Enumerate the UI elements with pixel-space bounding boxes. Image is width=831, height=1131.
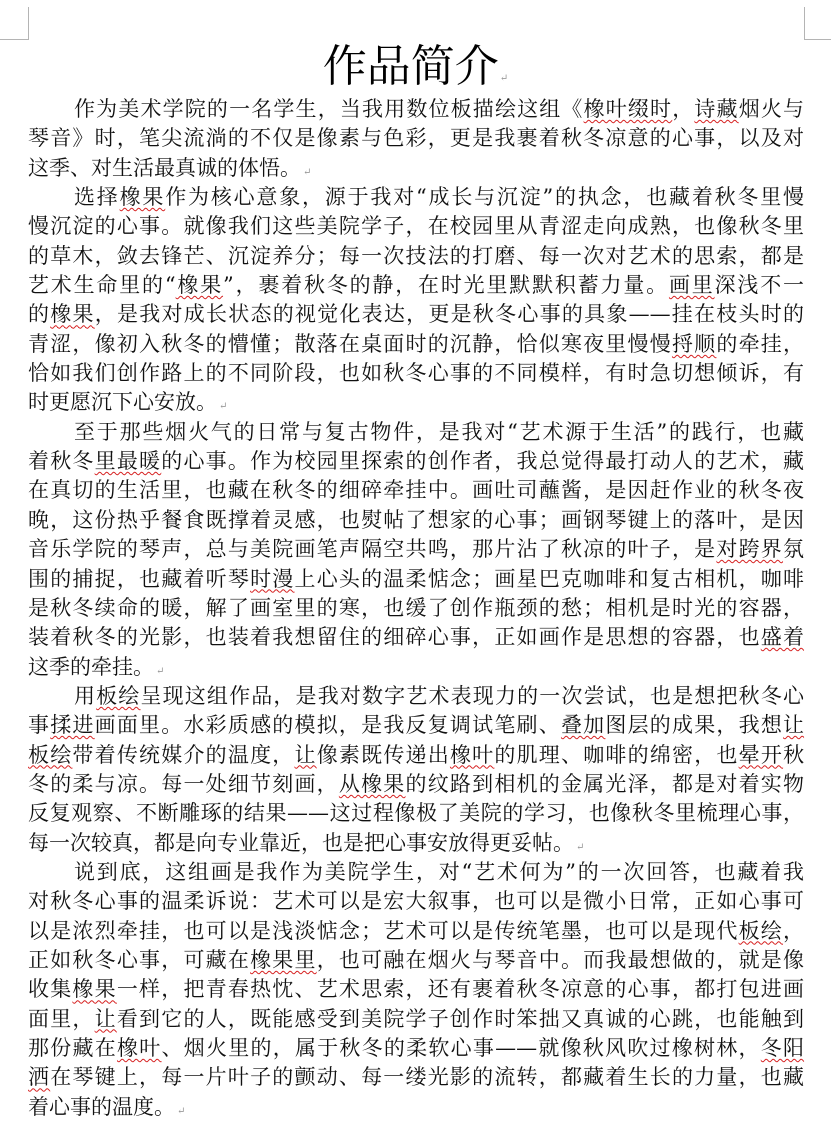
text-line: 慢沉淀的心事。就像我们这些美院学子，在校园里从青涩走向成熟，也像秋冬里: [28, 212, 804, 241]
text-line: 音乐学院的琴声，总与美院画笔声隔空共鸣，那片沾了秋凉的叶子，是对跨界氛: [28, 535, 804, 564]
text-line: 艺术生命里的“橡果”，裹着秋冬的静，在时光里默默积蓄力量。画里深浅不一: [28, 271, 804, 300]
spelling-flag[interactable]: 板绘: [739, 919, 783, 943]
line-text: 着秋冬里最暖的心事。作为校园里探索的创作者，我总觉得最打动人的艺术，藏: [28, 449, 804, 473]
spelling-flag[interactable]: 板绘: [96, 684, 140, 708]
line-text: 这季、对生活最真诚的体悟。: [28, 156, 301, 180]
line-text: 每一次较真，都是向专业靠近，也是把心事安放得更妥帖。: [28, 831, 574, 855]
text-line: 围的捕捉，也藏着听琴时漫上心头的温柔惦念；画星巴克咖啡和复古相机，咖啡: [28, 565, 804, 594]
line-text: 面里，让看到它的人，既能感受到美院学子创作时笨拙又真诚的心跳，也能触到: [28, 1007, 804, 1031]
text-line: 作为美术学院的一名学生，当我用数位板描绘这组《橡叶缀时，诗藏烟火与: [28, 95, 804, 124]
text-line: 对秋冬心事的温柔诉说：艺术可以是宏大叙事，也可以是微小日常，正如心事可: [28, 887, 804, 916]
paragraph[interactable]: 说到底，这组画是我作为美院学生，对“艺术何为”的一次回答，也藏着我对秋冬心事的温…: [28, 858, 804, 1122]
text-line: 用板绘呈现这组作品，是我对数字艺术表现力的一次尝试，也是想把秋冬心: [28, 682, 804, 711]
spelling-flag[interactable]: 画里: [669, 273, 715, 297]
text-line: 事揉进画面里。水彩质感的模拟，是我反复调试笔刷、叠加图层的成果，我想让: [28, 711, 804, 740]
text-line: 是秋冬续命的暖，解了画室里的寒，也缓了创作瓶颈的愁；相机是时光的容器，: [28, 594, 804, 623]
spelling-flag[interactable]: 橡果: [176, 273, 223, 297]
line-text: 至于那些烟火气的日常与复古物件，是我对“艺术源于生活”的践行，也藏: [74, 420, 804, 444]
spelling-flag[interactable]: 叠加: [561, 713, 605, 737]
line-text: 着心事的温度。: [28, 1095, 175, 1119]
text-line: 正如秋冬心事，可藏在橡果里，也可融在烟火与琴音中。而我最想做的，就是像: [28, 946, 804, 975]
paragraph-mark-icon: ↵: [156, 666, 164, 677]
spelling-flag[interactable]: 橡叶: [117, 1036, 162, 1060]
document-title[interactable]: 作品简介↵: [0, 38, 831, 96]
text-line: 洒在琴键上，每一片叶子的颤动、每一缕光影的流转，都藏着生长的力量，也藏: [28, 1063, 804, 1092]
spelling-flag[interactable]: 冬阳: [761, 1036, 804, 1060]
line-text: 艺术生命里的“橡果”，裹着秋冬的静，在时光里默默积蓄力量。画里深浅不一: [28, 273, 804, 297]
text-line: 琴音》时，笔尖流淌的不仅是像素与色彩，更是我裹着秋冬凉意的心事，以及对: [28, 124, 804, 153]
text-line: 的橡果，是我对成长状态的视觉化表达，更是秋冬心事的具象——挂在枝头时的: [28, 300, 804, 329]
text-line: 冬的柔与凉。每一处细节刻画，从橡果的纹路到相机的金属光泽，都是对着实物: [28, 770, 804, 799]
line-text: 板绘带着传统媒介的温度，让像素既传递出橡叶的肌理、咖啡的绵密，也晕开秋: [28, 743, 804, 767]
spelling-flag[interactable]: 盛着: [761, 625, 804, 649]
paragraph[interactable]: 用板绘呈现这组作品，是我对数字艺术表现力的一次尝试，也是想把秋冬心事揉进画面里。…: [28, 682, 804, 858]
text-line: 说到底，这组画是我作为美院学生，对“艺术何为”的一次回答，也藏着我: [28, 858, 804, 887]
text-line: 至于那些烟火气的日常与复古物件，是我对“艺术源于生活”的践行，也藏: [28, 418, 804, 447]
spelling-flag[interactable]: 橡果: [72, 977, 116, 1001]
text-line: 恰如我们创作路上的不同阶段，也如秋冬心事的不同模样，有时急切想倾诉，有: [28, 359, 804, 388]
line-text: 时更愿沉下心安放。: [28, 390, 217, 414]
spelling-flag[interactable]: 从橡果: [339, 772, 406, 796]
paragraph[interactable]: 至于那些烟火气的日常与复古物件，是我对“艺术源于生活”的践行，也藏着秋冬里最暖的…: [28, 418, 804, 682]
line-text: 说到底，这组画是我作为美院学生，对“艺术何为”的一次回答，也藏着我: [74, 860, 804, 884]
text-line: 时更愿沉下心安放。↵: [28, 388, 804, 417]
spelling-flag[interactable]: 让: [294, 743, 316, 767]
line-text: 选择橡果作为核心意象，源于我对“成长与沉淀”的执念，也藏着秋冬里慢: [74, 185, 804, 209]
line-text: 是秋冬续命的暖，解了画室里的寒，也缓了创作瓶颈的愁；相机是时光的容器，: [28, 596, 804, 620]
paragraph-mark-icon: ↵: [303, 167, 311, 178]
spelling-flag[interactable]: 橡果里: [250, 948, 317, 972]
spelling-flag[interactable]: 橡叶: [450, 743, 494, 767]
spelling-flag[interactable]: 诗藏: [694, 97, 738, 121]
line-text: 青涩，像初入秋冬的懵懂；散落在桌面时的沉静，恰似寒夜里慢慢捋顺的牵挂，: [28, 332, 804, 356]
page-corner-mark-top-left: [0, 7, 29, 40]
paragraph-mark-icon: ↵: [219, 401, 227, 412]
text-line: 板绘带着传统媒介的温度，让像素既传递出橡叶的肌理、咖啡的绵密，也晕开秋: [28, 741, 804, 770]
line-text: 以是浓烈牵挂，也可以是浅淡惦念；艺术可以是传统笔墨，也可以是现代板绘，: [28, 919, 804, 943]
text-line: 的草木，敛去锋芒、沉淀养分；每一次技法的打磨、每一次对艺术的思索，都是: [28, 242, 804, 271]
text-line: 收集橡果一样，把青春热忱、艺术思索，还有裹着秋冬凉意的心事，都打包进画: [28, 975, 804, 1004]
spelling-flag[interactable]: 让: [95, 1007, 117, 1031]
text-line: 在真切的生活里，也藏在秋冬的细碎牵挂中。画吐司蘸酱，是因赶作业的秋冬夜: [28, 476, 804, 505]
spelling-flag[interactable]: 板绘: [28, 743, 72, 767]
line-text: 的草木，敛去锋芒、沉淀养分；每一次技法的打磨、每一次对艺术的思索，都是: [28, 244, 804, 268]
text-line: 晚，这份热乎餐食既撑着灵感，也熨帖了想家的心事；画钢琴键上的落叶，是因: [28, 506, 804, 535]
line-text: 事揉进画面里。水彩质感的模拟，是我反复调试笔刷、叠加图层的成果，我想让: [28, 713, 804, 737]
text-line: 这季的牵挂。↵: [28, 653, 804, 682]
paragraph-mark-icon: ↵: [500, 73, 508, 84]
paragraph-mark-icon: ↵: [576, 842, 584, 853]
line-text: 冬的柔与凉。每一处细节刻画，从橡果的纹路到相机的金属光泽，都是对着实物: [28, 772, 804, 796]
spelling-flag[interactable]: 揉进: [50, 713, 94, 737]
spelling-flag[interactable]: 橡果: [120, 185, 166, 209]
text-line: 那份藏在橡叶、烟火里的，属于秋冬的柔软心事——就像秋风吹过橡树林，冬阳: [28, 1034, 804, 1063]
line-text: 装着秋冬的光影，也装着我想留住的细碎心事，正如画作是思想的容器，也盛着: [28, 625, 804, 649]
text-line: 这季、对生活最真诚的体悟。↵: [28, 154, 804, 183]
text-line: 面里，让看到它的人，既能感受到美院学子创作时笨拙又真诚的心跳，也能触到: [28, 1005, 804, 1034]
text-line: 以是浓烈牵挂，也可以是浅淡惦念；艺术可以是传统笔墨，也可以是现代板绘，: [28, 917, 804, 946]
line-text: 琴音》时，笔尖流淌的不仅是像素与色彩，更是我裹着秋冬凉意的心事，以及对: [28, 126, 804, 150]
line-text: 洒在琴键上，每一片叶子的颤动、每一缕光影的流转，都藏着生长的力量，也藏: [28, 1065, 804, 1089]
spelling-flag[interactable]: 洒: [28, 1065, 50, 1089]
text-line: 反复观察、不断雕琢的结果——这过程像极了美院的学习，也像秋冬里梳理心事，: [28, 799, 804, 828]
line-text: 的橡果，是我对成长状态的视觉化表达，更是秋冬心事的具象——挂在枝头时的: [28, 302, 804, 326]
spelling-flag[interactable]: 晕开: [739, 743, 783, 767]
text-line: 着秋冬里最暖的心事。作为校园里探索的创作者，我总觉得最打动人的艺术，藏: [28, 447, 804, 476]
spelling-flag[interactable]: 里最暖: [95, 449, 162, 473]
line-text: 对秋冬心事的温柔诉说：艺术可以是宏大叙事，也可以是微小日常，正如心事可: [28, 889, 804, 913]
line-text: 收集橡果一样，把青春热忱、艺术思索，还有裹着秋冬凉意的心事，都打包进画: [28, 977, 804, 1001]
line-text: 反复观察、不断雕琢的结果——这过程像极了美院的学习，也像秋冬里梳理心事，: [28, 801, 804, 825]
spelling-flag[interactable]: 对跨界: [716, 537, 783, 561]
title-text: 作品简介: [323, 41, 499, 92]
paragraph[interactable]: 选择橡果作为核心意象，源于我对“成长与沉淀”的执念，也藏着秋冬里慢慢沉淀的心事。…: [28, 183, 804, 418]
document-body[interactable]: 作为美术学院的一名学生，当我用数位板描绘这组《橡叶缀时，诗藏烟火与琴音》时，笔尖…: [28, 95, 804, 1122]
line-text: 在真切的生活里，也藏在秋冬的细碎牵挂中。画吐司蘸酱，是因赶作业的秋冬夜: [28, 478, 804, 502]
line-text: 音乐学院的琴声，总与美院画笔声隔空共鸣，那片沾了秋凉的叶子，是对跨界氛: [28, 537, 804, 561]
line-text: 恰如我们创作路上的不同阶段，也如秋冬心事的不同模样，有时急切想倾诉，有: [28, 361, 804, 385]
text-line: 每一次较真，都是向专业靠近，也是把心事安放得更妥帖。↵: [28, 829, 804, 858]
line-text: 慢沉淀的心事。就像我们这些美院学子，在校园里从青涩走向成熟，也像秋冬里: [28, 214, 804, 238]
paragraph-mark-icon: ↵: [177, 1106, 185, 1117]
text-line: 装着秋冬的光影，也装着我想留住的细碎心事，正如画作是思想的容器，也盛着: [28, 623, 804, 652]
paragraph[interactable]: 作为美术学院的一名学生，当我用数位板描绘这组《橡叶缀时，诗藏烟火与琴音》时，笔尖…: [28, 95, 804, 183]
page-corner-mark-top-right: [804, 7, 831, 40]
line-text: 用板绘呈现这组作品，是我对数字艺术表现力的一次尝试，也是想把秋冬心: [74, 684, 804, 708]
spelling-flag[interactable]: 捋顺: [672, 332, 716, 356]
text-line: 青涩，像初入秋冬的懵懂；散落在桌面时的沉静，恰似寒夜里慢慢捋顺的牵挂，: [28, 330, 804, 359]
line-text: 作为美术学院的一名学生，当我用数位板描绘这组《橡叶缀时，诗藏烟火与: [74, 97, 804, 121]
line-text: 围的捕捉，也藏着听琴时漫上心头的温柔惦念；画星巴克咖啡和复古相机，咖啡: [28, 567, 804, 591]
line-text: 正如秋冬心事，可藏在橡果里，也可融在烟火与琴音中。而我最想做的，就是像: [28, 948, 804, 972]
spelling-flag[interactable]: 橡果: [50, 302, 95, 326]
spelling-flag[interactable]: 让: [783, 713, 804, 737]
spelling-flag[interactable]: 时漫: [250, 567, 294, 591]
line-text: 这季的牵挂。: [28, 655, 154, 679]
spelling-flag[interactable]: 橡叶缀时: [584, 97, 673, 121]
line-text: 那份藏在橡叶、烟火里的，属于秋冬的柔软心事——就像秋风吹过橡树林，冬阳: [28, 1036, 804, 1060]
text-line: 选择橡果作为核心意象，源于我对“成长与沉淀”的执念，也藏着秋冬里慢: [28, 183, 804, 212]
line-text: 晚，这份热乎餐食既撑着灵感，也熨帖了想家的心事；画钢琴键上的落叶，是因: [28, 508, 804, 532]
text-line: 着心事的温度。↵: [28, 1093, 804, 1122]
